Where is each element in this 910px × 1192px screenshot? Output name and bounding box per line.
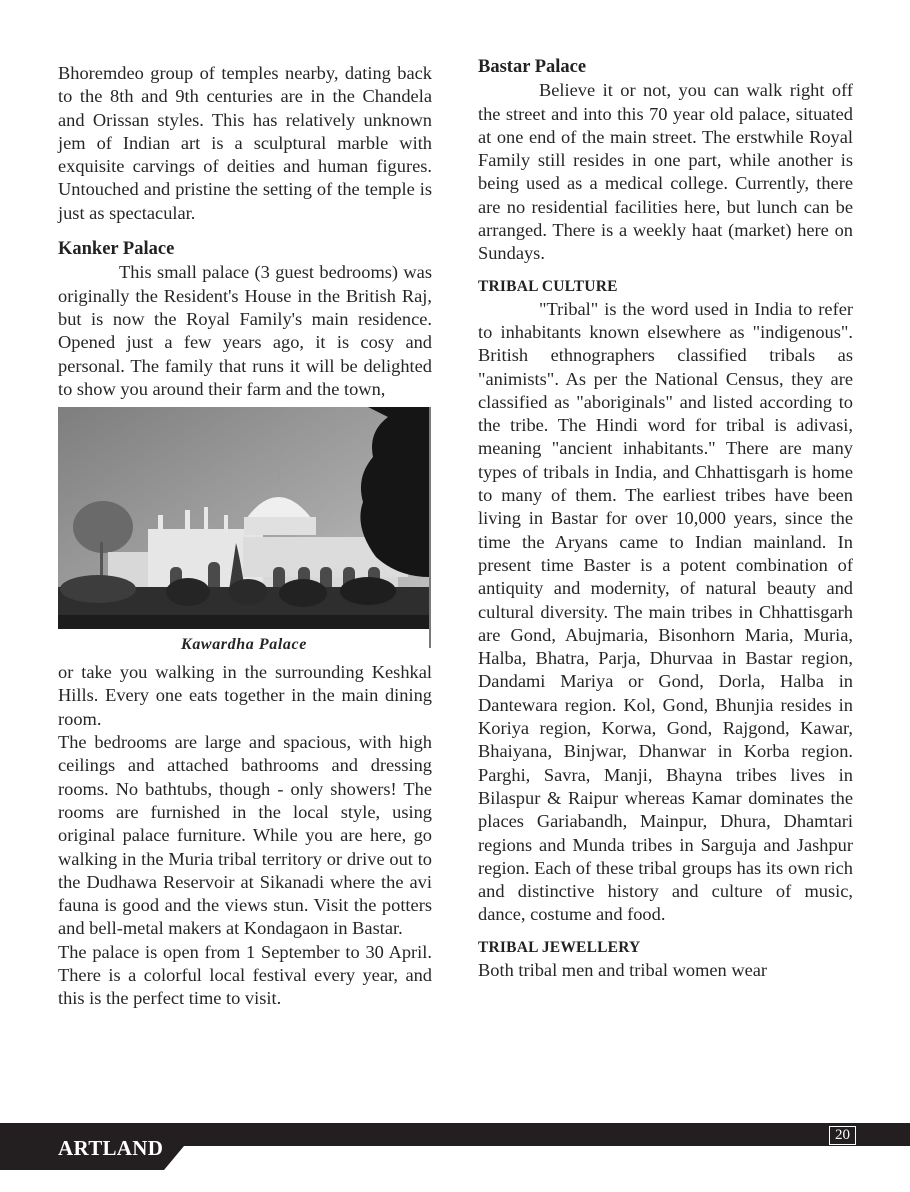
tribal-culture-paragraph: "Tribal" is the word used in India to re… — [478, 298, 853, 927]
intro-paragraph: Bhoremdeo group of temples nearby, datin… — [58, 62, 432, 225]
photo-caption: Kawardha Palace — [58, 633, 430, 656]
kawardha-palace-figure: Kawardha Palace — [58, 407, 432, 657]
kanker-paragraph-4: The palace is open from 1 September to 3… — [58, 941, 432, 1011]
kanker-paragraph-1: This small palace (3 guest bedrooms) was… — [58, 261, 432, 401]
kawardha-palace-photo — [58, 407, 430, 629]
page-number: 20 — [829, 1126, 856, 1145]
right-column: Bastar Palace Believe it or not, you can… — [478, 56, 853, 982]
photo-border-line — [429, 407, 431, 648]
tribal-jewellery-heading: TRIBAL JEWELLERY — [478, 937, 853, 959]
kanker-paragraph-3: The bedrooms are large and spacious, wit… — [58, 731, 432, 941]
kanker-paragraph-2: or take you walking in the surrounding K… — [58, 661, 432, 731]
left-column: Bhoremdeo group of temples nearby, datin… — [58, 62, 432, 1011]
tribal-jewellery-paragraph: Both tribal men and tribal women wear — [478, 959, 853, 982]
brand-name: ARTLAND — [58, 1136, 163, 1161]
kanker-palace-heading: Kanker Palace — [58, 238, 432, 261]
bastar-palace-heading: Bastar Palace — [478, 56, 853, 79]
tribal-culture-heading: TRIBAL CULTURE — [478, 276, 853, 298]
bastar-paragraph: Believe it or not, you can walk right of… — [478, 79, 853, 265]
